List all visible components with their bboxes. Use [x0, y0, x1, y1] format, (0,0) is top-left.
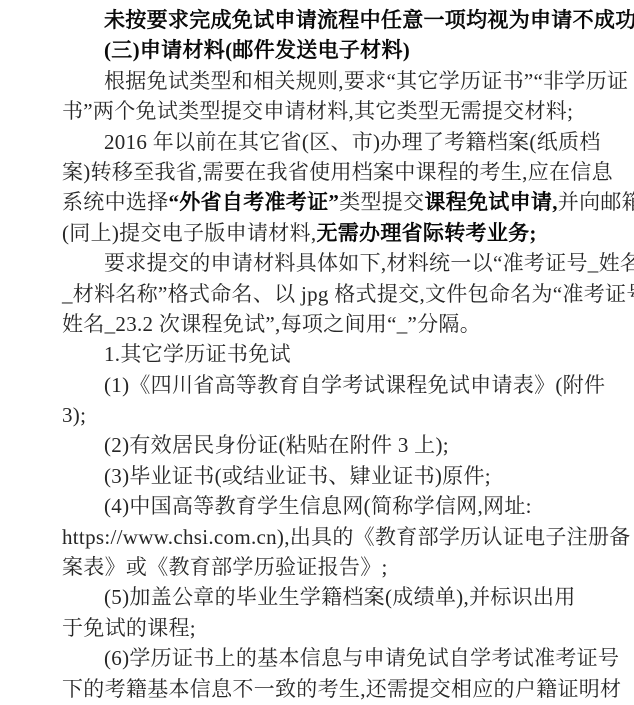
text-line-15: (2)有效居民身份证(粘贴在附件 3 上); — [62, 430, 632, 460]
bold-text-segment: 未按要求完成免试申请流程中任意一项均视为申请不成功。 — [104, 8, 634, 32]
body-text-segment: 要求提交的申请材料具体如下,材料统一以“准考证号_姓名 — [104, 251, 634, 275]
bold-text-segment: 无需办理省际转考业务; — [316, 221, 536, 245]
text-line-9: 要求提交的申请材料具体如下,材料统一以“准考证号_姓名 — [62, 248, 632, 278]
body-text-segment: (2)有效居民身份证(粘贴在附件 3 上); — [104, 433, 449, 457]
text-line-13: (1)《四川省高等教育自学考试课程免试申请表》(附件 — [62, 370, 632, 400]
text-line-8: (同上)提交电子版申请材料,无需办理省际转考业务; — [62, 218, 632, 248]
text-line-18: https://www.chsi.com.cn),出具的《教育部学历认证电子注册… — [62, 522, 632, 552]
body-text-segment: 类型提交 — [339, 190, 424, 214]
text-line-21: 于免试的课程; — [62, 613, 632, 643]
body-text-segment: 下的考籍基本信息不一致的考生,还需提交相应的户籍证明材 — [62, 677, 621, 701]
body-text-segment: 案表》或《教育部学历验证报告》; — [62, 555, 388, 579]
bold-text-segment: 课程免试申请, — [424, 190, 557, 214]
text-line-14: 3); — [62, 400, 632, 430]
text-line-6: 案)转移至我省,需要在我省使用档案中课程的考生,应在信息 — [62, 157, 632, 187]
body-text-segment: 2016 年以前在其它省(区、市)办理了考籍档案(纸质档 — [104, 130, 601, 154]
text-line-3: 根据免试类型和相关规则,要求“其它学历证书”“非学历证 — [62, 66, 632, 96]
text-line-5: 2016 年以前在其它省(区、市)办理了考籍档案(纸质档 — [62, 127, 632, 157]
body-text-segment: (1)《四川省高等教育自学考试课程免试申请表》(附件 — [104, 373, 605, 397]
body-text-segment: 案)转移至我省,需要在我省使用档案中课程的考生,应在信息 — [62, 160, 613, 184]
body-text-segment: https://www.chsi.com.cn),出具的《教育部学历认证电子注册… — [62, 525, 631, 549]
body-text-segment: 并向邮箱 — [558, 190, 634, 214]
body-text-segment: 1.其它学历证书免试 — [104, 342, 291, 366]
text-line-10: _材料名称”格式命名、以 jpg 格式提交,文件包命名为“准考证号_ — [62, 279, 632, 309]
text-line-23: 下的考籍基本信息不一致的考生,还需提交相应的户籍证明材 — [62, 674, 632, 704]
text-line-7: 系统中选择“外省自考准考证”类型提交课程免试申请,并向邮箱 — [62, 187, 632, 217]
body-text-segment: 姓名_23.2 次课程免试”,每项之间用“_”分隔。 — [62, 312, 481, 336]
text-line-19: 案表》或《教育部学历验证报告》; — [62, 552, 632, 582]
text-line-1: 未按要求完成免试申请流程中任意一项均视为申请不成功。 — [62, 5, 632, 35]
text-line-16: (3)毕业证书(或结业证书、肄业证书)原件; — [62, 461, 632, 491]
body-text-segment: (3)毕业证书(或结业证书、肄业证书)原件; — [104, 464, 491, 488]
body-text-segment: (同上)提交电子版申请材料, — [62, 221, 316, 245]
text-line-2: (三)申请材料(邮件发送电子材料) — [62, 35, 632, 65]
body-text-segment: 根据免试类型和相关规则,要求“其它学历证书”“非学历证 — [104, 69, 628, 93]
body-text-segment: 书”两个免试类型提交申请材料,其它类型无需提交材料; — [62, 99, 573, 123]
text-line-17: (4)中国高等教育学生信息网(简称学信网,网址: — [62, 491, 632, 521]
bold-text-segment: (三)申请材料(邮件发送电子材料) — [104, 38, 410, 62]
text-line-4: 书”两个免试类型提交申请材料,其它类型无需提交材料; — [62, 96, 632, 126]
text-line-12: 1.其它学历证书免试 — [62, 339, 632, 369]
document-text-block: 未按要求完成免试申请流程中任意一项均视为申请不成功。(三)申请材料(邮件发送电子… — [0, 0, 634, 704]
body-text-segment: (6)学历证书上的基本信息与申请免试自学考试准考证号 — [104, 646, 619, 670]
body-text-segment: 3); — [62, 403, 86, 427]
text-line-11: 姓名_23.2 次课程免试”,每项之间用“_”分隔。 — [62, 309, 632, 339]
body-text-segment: 于免试的课程; — [62, 616, 196, 640]
document-page: 未按要求完成免试申请流程中任意一项均视为申请不成功。(三)申请材料(邮件发送电子… — [0, 0, 634, 705]
bold-text-segment: “外省自考准考证” — [169, 190, 340, 214]
body-text-segment: _材料名称”格式命名、以 jpg 格式提交,文件包命名为“准考证号_ — [62, 282, 634, 306]
text-line-22: (6)学历证书上的基本信息与申请免试自学考试准考证号 — [62, 643, 632, 673]
body-text-segment: 系统中选择 — [62, 190, 169, 214]
text-line-20: (5)加盖公章的毕业生学籍档案(成绩单),并标识出用 — [62, 582, 632, 612]
body-text-segment: (5)加盖公章的毕业生学籍档案(成绩单),并标识出用 — [104, 585, 576, 609]
body-text-segment: (4)中国高等教育学生信息网(简称学信网,网址: — [104, 494, 532, 518]
